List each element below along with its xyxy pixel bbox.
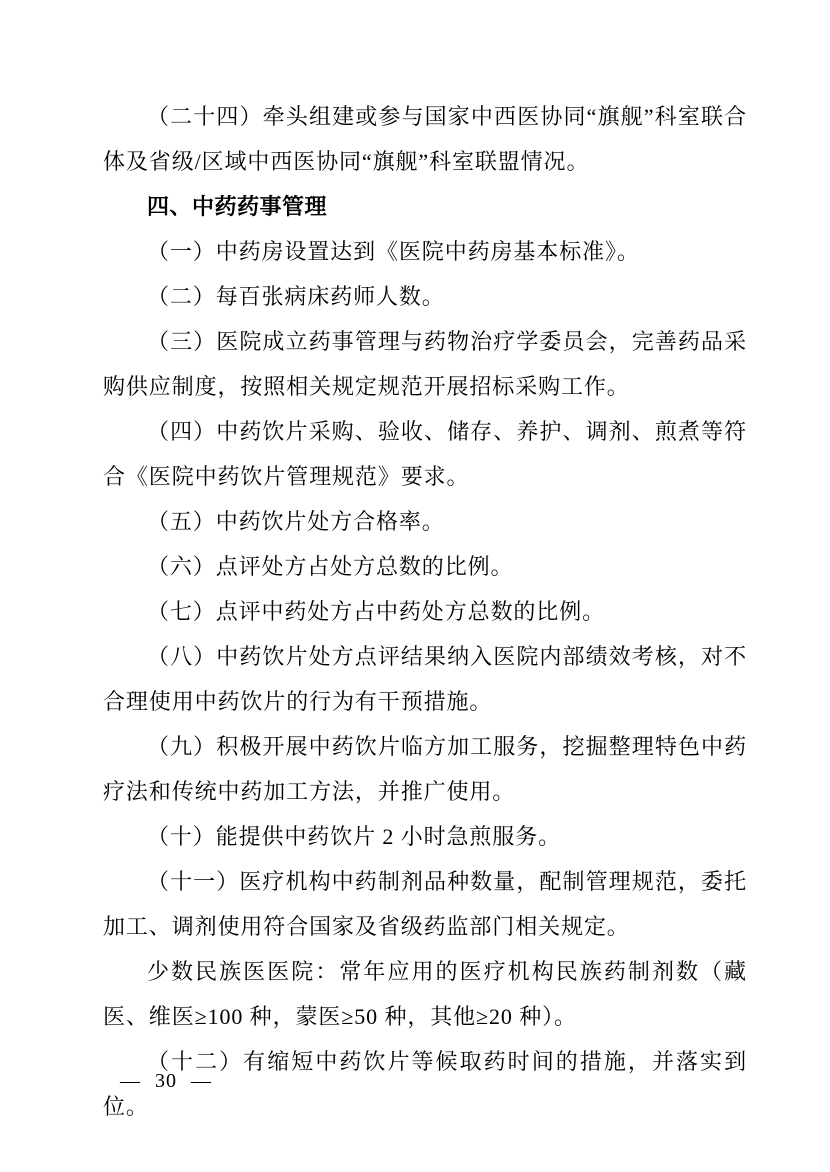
- paragraph-clause-5: （五）中药饮片处方合格率。: [103, 499, 747, 544]
- paragraph-minority-hospitals-note: 少数民族医医院：常年应用的医疗机构民族药制剂数（藏医、维医≥100 种，蒙医≥5…: [103, 949, 747, 1039]
- section-heading-tcm-pharmacy-management: 四、中药药事管理: [103, 184, 747, 229]
- paragraph-clause-3: （三）医院成立药事管理与药物治疗学委员会，完善药品采购供应制度，按照相关规定规范…: [103, 319, 747, 409]
- document-page: （二十四）牵头组建或参与国家中西医协同“旗舰”科室联合体及省级/区域中西医协同“…: [0, 0, 830, 1172]
- paragraph-clause-4: （四）中药饮片采购、验收、储存、养护、调剂、煎煮等符合《医院中药饮片管理规范》要…: [103, 409, 747, 499]
- paragraph-clause-6: （六）点评处方占处方总数的比例。: [103, 544, 747, 589]
- paragraph-clause-1: （一）中药房设置达到《医院中药房基本标准》。: [103, 229, 747, 274]
- paragraph-clause-11: （十一）医疗机构中药制剂品种数量，配制管理规范，委托加工、调剂使用符合国家及省级…: [103, 859, 747, 949]
- page-footer: — 30 —: [120, 1066, 212, 1096]
- paragraph-clause-7: （七）点评中药处方占中药处方总数的比例。: [103, 589, 747, 634]
- paragraph-clause-8: （八）中药饮片处方点评结果纳入医院内部绩效考核，对不合理使用中药饮片的行为有干预…: [103, 634, 747, 724]
- paragraph-clause-10: （十）能提供中药饮片 2 小时急煎服务。: [103, 814, 747, 859]
- page-number: — 30 —: [120, 1070, 212, 1092]
- document-body: （二十四）牵头组建或参与国家中西医协同“旗舰”科室联合体及省级/区域中西医协同“…: [103, 94, 747, 1129]
- paragraph-clause-2: （二）每百张病床药师人数。: [103, 274, 747, 319]
- paragraph-clause-9: （九）积极开展中药饮片临方加工服务，挖掘整理特色中药疗法和传统中药加工方法，并推…: [103, 724, 747, 814]
- paragraph-clause-24: （二十四）牵头组建或参与国家中西医协同“旗舰”科室联合体及省级/区域中西医协同“…: [103, 94, 747, 184]
